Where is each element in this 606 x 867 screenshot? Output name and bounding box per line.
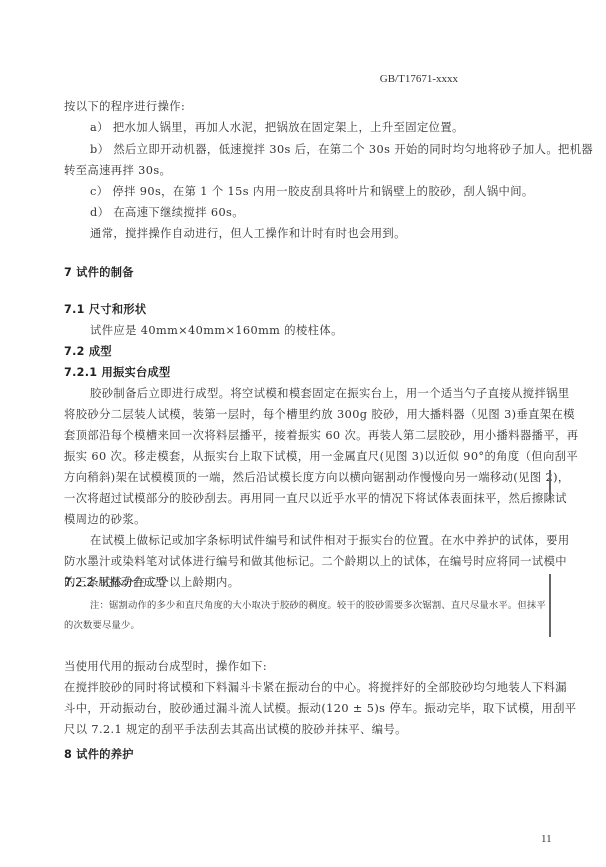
document-page: GB/T17671-xxxx 按以下的程序进行操作: a） 把水加人锅里，再加人… (0, 0, 606, 867)
note-line: 注：锯割动作的多少和直尺角度的大小取决于胶砂的稠度。较干的胶砂需要多次锯割、直尺… (90, 597, 546, 611)
paragraph-line: 在试模上做标记或加字条标明试件编号和试件相对于振实台的位置。在水中养护的试体，要… (90, 532, 570, 548)
paragraph-line: 在搅拌胶砂的同时将试模和下料漏斗卡紧在振动台的中心。将搅拌好的全部胶砂均匀地装人… (64, 679, 567, 695)
step-a: a） 把水加人锅里，再加人水泥，把锅放在固定架上，上升至固定位置。 (90, 119, 464, 135)
paragraph-line: 套顶部沿每个模槽来回一次将料层播平，接着振实 60 次。再装人第二层胶砂，用小播… (64, 427, 578, 443)
section-7-heading: 7 试件的制备 (64, 264, 134, 280)
section-8-heading: 8 试件的养护 (64, 746, 134, 762)
document-code: GB/T17671-xxxx (380, 73, 458, 85)
paragraph-line: 方向稍斜)架在试模模顶的一端，然后沿试模长度方向以横向锯割动作慢慢向另一端移动(… (64, 469, 570, 485)
paragraph-line: 振实 60 次。移走模套，从振实台上取下试模，用一金属直尺(见图 3)以近似 9… (64, 448, 578, 464)
paragraph-line: 将胶砂分二层装人试模，装第一层时，每个槽里约放 300g 胶砂，用大播料器（见图… (64, 406, 575, 422)
step-b-line1: b） 然后立即开动机器，低速搅拌 30s 后，在第二个 30s 开始的同时均匀地… (90, 141, 593, 157)
step-b-line2: 转至高速再拌 30s。 (64, 162, 171, 178)
paragraph-line: 当使用代用的振动台成型时，操作如下: (64, 658, 267, 674)
procedure-intro: 按以下的程序进行操作: (64, 98, 185, 114)
paragraph-line: 模周边的砂浆。 (64, 511, 146, 527)
change-bar (549, 470, 551, 500)
section-7-1-text: 试件应是 40mm×40mm×160mm 的棱柱体。 (90, 322, 343, 338)
procedure-note: 通常，搅拌操作自动进行，但人工操作和计时有时也会用到。 (90, 225, 406, 241)
step-c: c） 停拌 90s，在第 1 个 15s 内用一胶皮刮具将叶片和锅壁上的胶砂，刮… (90, 183, 534, 199)
step-d: d） 在高速下继续搅拌 60s。 (90, 204, 244, 220)
section-7-1-heading: 7.1 尺寸和形状 (64, 301, 146, 317)
section-7-2-heading: 7.2 成型 (64, 343, 112, 359)
page-number: 11 (541, 833, 552, 845)
section-7-2-1-heading: 7.2.1 用振实台成型 (64, 364, 170, 380)
paragraph-line: 尺以 7.2.1 规定的刮平手法刮去其高出试模的胶砂并抹平、编号。 (64, 721, 407, 737)
paragraph-line: 一次将超过试模部分的胶砂刮去。再用同一直尺以近乎水平的情况下将试体表面抹平，然后… (64, 490, 567, 506)
change-bar (549, 574, 551, 637)
paragraph-line: 斗中，开动振动台，胶砂通过漏斗流人试模。振动(120 ± 5)s 停车。振动完毕… (64, 700, 577, 716)
paragraph-line: 胶砂制备后立即进行成型。将空试模和模套固定在振实台上，用一个适当勺子直接从搅拌锅… (90, 385, 570, 401)
paragraph-line: 防水墨汁或染料笔对试体进行编号和做其他标记。二个龄期以上的试体，在编号时应将同一… (64, 553, 567, 569)
note-line: 的次数要尽量少。 (64, 617, 140, 631)
section-7-2-2-heading: 7.2.2 用振动台成型 (64, 574, 167, 590)
